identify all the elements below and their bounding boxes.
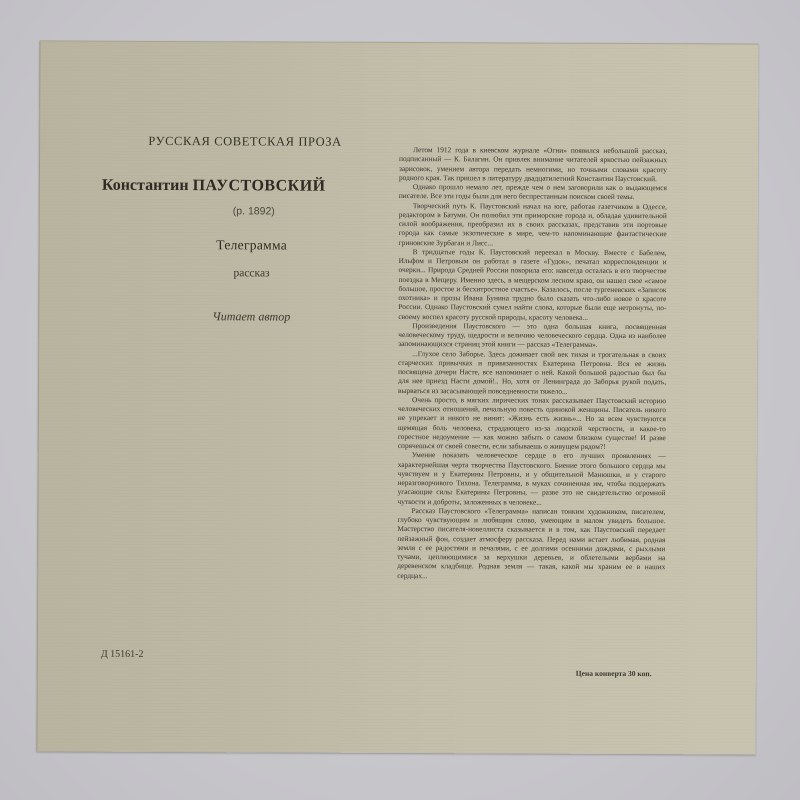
liner-paragraph: Рассказ Паустовского «Телеграмма» написа… [397, 506, 665, 581]
record-sleeve-back: РУССКАЯ СОВЕТСКАЯ ПРОЗА Константин ПАУСТ… [36, 40, 758, 754]
author-first-name: Константин [102, 177, 189, 194]
sleeve-price: Цена конверта 30 коп. [576, 669, 652, 678]
liner-notes: Летом 1912 года в киевском журнале «Огни… [397, 145, 667, 581]
title-block: РУССКАЯ СОВЕТСКАЯ ПРОЗА Константин ПАУСТ… [99, 134, 390, 325]
work-genre: рассказ [100, 267, 390, 280]
author-name: Константин ПАУСТОВСКИЙ [100, 177, 390, 196]
work-title: Телеграмма [100, 237, 390, 254]
reader-credit: Читает автор [99, 309, 389, 325]
liner-paragraph: В тридцатые годы К. Паустовский переехал… [398, 247, 666, 322]
liner-paragraph: Летом 1912 года в киевском журнале «Огни… [399, 145, 667, 183]
liner-paragraph: ...Глухое село Заборье. Здесь доживает с… [398, 349, 666, 396]
liner-paragraph: Творческий путь К. Паустовский начал на … [399, 201, 667, 248]
liner-paragraph: Произведения Паустовского — это одна бол… [398, 321, 666, 350]
liner-paragraph: Очень просто, в мягких лирических тонах … [398, 395, 666, 452]
catalog-number: Д 15161-2 [101, 649, 144, 660]
author-surname: ПАУСТОВСКИЙ [193, 177, 326, 195]
series-title: РУССКАЯ СОВЕТСКАЯ ПРОЗА [100, 134, 390, 150]
liner-paragraph: Однако прошло немало лет, прежде чем о н… [399, 182, 667, 202]
author-birth-year: (р. 1892) [100, 205, 390, 218]
liner-paragraph: Умение показать человеческое сердце в ег… [398, 450, 666, 507]
